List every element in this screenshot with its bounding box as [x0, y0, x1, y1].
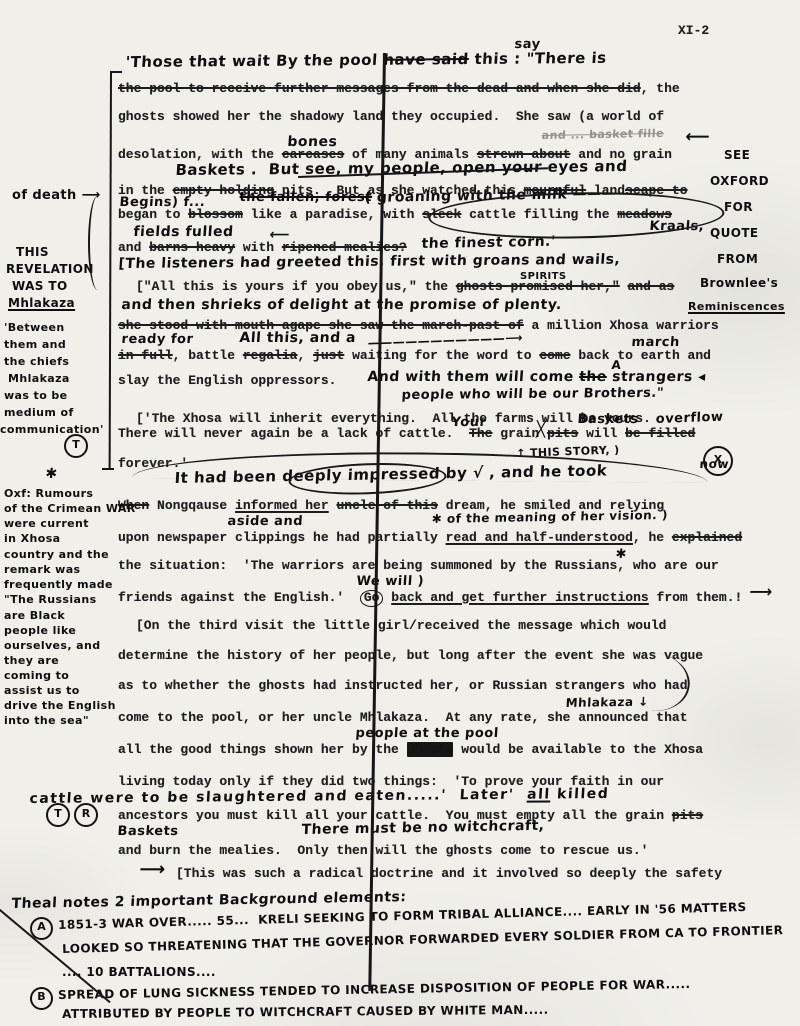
handwritten-annotation: Mhlakaza	[8, 373, 70, 386]
text-segment: Baskets	[577, 412, 639, 427]
typed-line: There will never again be a lack of catt…	[118, 427, 695, 442]
text-segment: and ... basket fille	[541, 127, 664, 142]
text-segment: fields fulled	[133, 224, 234, 240]
handwritten-annotation: were current	[4, 518, 89, 531]
text-segment: blossom	[188, 207, 243, 222]
manuscript-page: XI-2 say'Those that wait By the pool hav…	[0, 0, 800, 1026]
circled-r-mark: R	[74, 803, 98, 827]
typed-line: come to the pool, or her uncle Mhlakaza.…	[118, 711, 688, 726]
handwritten-annotation: communication'	[0, 424, 104, 437]
handwritten-annotation: ⟵	[685, 128, 711, 148]
handwritten-annotation: Brownlee's	[700, 277, 778, 291]
text-segment: ✱	[615, 547, 627, 562]
handwritten-annotation: Mhlakaza ↓	[565, 696, 649, 711]
text-segment: all the good things shown her by the	[118, 742, 407, 757]
text-segment: ghosts showed her the shadowy land they …	[118, 109, 664, 124]
text-segment: , he	[633, 530, 672, 545]
text-segment: they are	[4, 654, 59, 667]
typed-line: [On the third visit the little girl/rece…	[136, 619, 667, 634]
text-segment: frequently made	[4, 578, 113, 591]
text-segment: ghosts	[407, 742, 454, 757]
text-segment: medium of	[4, 406, 74, 419]
text-segment: have said	[383, 50, 470, 69]
text-segment: Baskets . But see, my people, open your …	[175, 157, 628, 179]
note-b-line-1: SPREAD OF LUNG SICKNESS TENDED TO INCREA…	[58, 978, 690, 1003]
text-segment: waiting for the word to	[344, 348, 539, 363]
text-segment: We will )	[356, 574, 425, 589]
text-segment: remark was	[4, 563, 80, 576]
text-segment: people at the pool	[355, 726, 499, 741]
handwritten-annotation: medium of	[4, 407, 74, 420]
text-segment: ourselves, and	[4, 639, 101, 652]
text-segment: Reminiscences	[688, 300, 785, 313]
handwritten-annotation: fields fulled	[133, 224, 234, 240]
text-segment: explained	[672, 530, 742, 545]
text-segment: SEE	[724, 148, 750, 162]
text-segment: back and get further instructions	[391, 590, 648, 605]
handwritten-annotation: drive the English	[4, 700, 116, 713]
text-segment: FROM	[717, 252, 758, 266]
typed-line: determine the history of her people, but…	[118, 649, 703, 664]
circled-letter: B	[37, 990, 45, 1003]
handwritten-annotation: There must be no witchcraft,	[301, 818, 545, 838]
handwritten-annotation: remark was	[4, 564, 80, 577]
text-segment: the chiefs	[4, 355, 69, 368]
handwritten-annotation: them and	[4, 339, 66, 352]
circled-letter: R	[82, 807, 90, 820]
text-segment: killed	[550, 786, 610, 803]
handwritten-annotation: the fallen, forest	[239, 191, 373, 206]
text-segment: began to	[118, 207, 188, 222]
handwritten-annotation: in Xhosa	[4, 533, 60, 546]
note-a-line-3: .... 10 BATTALIONS....	[62, 966, 216, 980]
handwritten-annotation: FOR	[724, 201, 753, 215]
text-segment: OXFORD	[710, 174, 769, 188]
text-segment: them and	[4, 338, 66, 351]
text-segment: ,	[297, 348, 313, 363]
handwritten-annotation: people at the pool	[355, 727, 499, 742]
margin-see: SEE	[724, 149, 750, 163]
handwritten-annotation: country and the	[4, 549, 109, 562]
handwritten-annotation: We will )	[356, 575, 425, 590]
text-segment: SPREAD OF LUNG SICKNESS TENDED TO INCREA…	[58, 977, 690, 1002]
text-segment: There must be no witchcraft,	[301, 818, 545, 838]
typed-line: she stood with mouth agape she saw the m…	[118, 319, 719, 334]
text-segment: pits	[672, 808, 703, 823]
text-segment: ✱	[45, 466, 58, 482]
handwritten-annotation: into the sea"	[4, 715, 89, 728]
handwritten-annotation: the chiefs	[4, 356, 69, 369]
handwritten-annotation: Baskets	[117, 825, 179, 840]
text-segment: REVELATION	[6, 262, 94, 276]
typed-line: ["All this is yours if you obey us," the…	[136, 280, 674, 295]
text-segment: uncle of this	[336, 498, 437, 513]
text-segment: ⟶	[139, 859, 167, 880]
text-segment: coming to	[4, 669, 69, 682]
text-segment: pits	[547, 426, 578, 441]
text-segment: in full	[118, 348, 173, 363]
text-segment: strangers ◂	[606, 369, 706, 385]
text-segment: will	[578, 426, 625, 441]
handwritten-annotation: FROM	[717, 253, 758, 267]
text-segment: slay the English oppressors.	[118, 373, 336, 388]
typed-line: friends against the English.' Go back an…	[118, 590, 742, 607]
handwritten-annotation: ✱ of the meaning of her vision. )	[431, 509, 668, 527]
typed-line: upon newspaper clippings he had partiall…	[118, 531, 742, 546]
text-segment: come to the pool, or her uncle Mhlakaza.…	[118, 710, 688, 725]
text-segment: 'Between	[4, 321, 65, 334]
text-segment: ✱ of the meaning of her vision. )	[431, 508, 668, 526]
circled-x-mark: X	[703, 446, 733, 476]
circled-letter: T	[72, 438, 80, 451]
text-segment: are Black	[4, 609, 65, 622]
text-segment: 'Those that wait By the pool	[125, 51, 384, 71]
text-segment: and	[118, 240, 149, 255]
text-segment: Mhlakaza	[8, 296, 75, 310]
handwritten-annotation: QUOTE	[710, 227, 759, 241]
text-segment: aside and	[227, 514, 304, 529]
text-segment: cattle were to be slaughtered and eaten.…	[29, 787, 528, 807]
text-segment: all	[527, 786, 552, 802]
text-segment: and burn the mealies. Only then will the…	[118, 843, 649, 858]
circled-letter: X	[714, 453, 722, 466]
text-segment: And with them will come	[367, 369, 580, 385]
text-segment: informed her	[235, 498, 329, 513]
hand-opening-line: 'Those that wait By the pool have said t…	[125, 50, 607, 71]
text-segment: Mhlakaza	[8, 372, 70, 385]
margin-oxford: OXFORD	[710, 175, 769, 189]
handwritten-annotation: "The Russians	[4, 594, 97, 607]
typed-line: in full, battle regalia, just waiting fo…	[118, 349, 711, 364]
forever-arc-mark	[132, 450, 708, 483]
typed-line: ghosts showed her the shadowy land they …	[118, 110, 664, 125]
text-segment: Baskets	[117, 824, 179, 839]
text-segment: Oxf: Rumours	[4, 487, 93, 500]
text-segment: read and half-understood	[446, 530, 633, 545]
text-segment: like a paradise, with	[243, 207, 422, 222]
handwritten-annotation: REVELATION	[6, 263, 94, 277]
text-segment: were current	[4, 517, 89, 530]
text-segment: QUOTE	[710, 226, 759, 240]
handwritten-annotation: [The listeners had greeted this, first w…	[118, 252, 621, 272]
text-segment: and then shrieks of delight at the promi…	[121, 297, 563, 313]
text-segment: upon newspaper clippings he had partiall…	[118, 530, 446, 545]
circled-b-mark: B	[30, 987, 53, 1010]
text-segment: .... 10 BATTALIONS....	[62, 965, 216, 979]
handwritten-annotation: ✱	[45, 466, 58, 482]
text-segment: [This was such a radical doctrine and it…	[176, 866, 722, 881]
text-segment: There will never again be a lack of catt…	[118, 426, 469, 441]
text-segment: ╳	[536, 420, 547, 438]
handwritten-annotation: ╳	[536, 421, 547, 438]
text-segment: The	[469, 426, 492, 441]
handwritten-annotation: aside and	[227, 515, 303, 530]
text-segment: ['The Xhosa will inherit everything. All…	[136, 411, 651, 426]
text-segment: [The listeners had greeted this, first w…	[118, 252, 621, 272]
handwritten-annotation: people who will be our Brothers."	[401, 387, 664, 404]
handwritten-annotation: WAS TO	[12, 280, 68, 294]
handwritten-annotation: ✱	[615, 548, 627, 563]
handwritten-annotation: frequently made	[4, 579, 113, 592]
circled-t-margin-mark: T	[64, 434, 88, 458]
handwritten-annotation: cattle were to be slaughtered and eaten.…	[29, 786, 610, 807]
text-segment: people who will be our Brothers."	[401, 386, 664, 403]
text-segment: people like	[4, 624, 76, 637]
typed-line: the pool to receive further messages fro…	[118, 82, 680, 97]
text-segment: Go	[360, 590, 384, 607]
text-segment: overflow	[656, 410, 724, 427]
typed-line: slay the English oppressors.	[118, 374, 336, 389]
typed-line: all the good things shown her by the gho…	[118, 743, 703, 758]
text-segment: THIS	[16, 245, 49, 259]
text-segment: barns heavy	[149, 240, 235, 255]
typed-line: the situation: 'The warriors are being s…	[118, 559, 719, 574]
text-segment: ⟵	[685, 127, 711, 147]
text-segment: ["All this is yours if you obey us," the	[136, 279, 456, 294]
text-segment: as to whether the ghosts had instructed …	[118, 678, 688, 693]
handwritten-annotation: and ... basket fille	[541, 128, 664, 143]
handwritten-annotation: was to be	[4, 390, 68, 403]
text-segment: FOR	[724, 200, 753, 214]
text-segment: ready for	[121, 332, 194, 347]
page-number: XI-2	[678, 24, 709, 39]
text-segment: into the sea"	[4, 714, 89, 727]
bracket-tick-bottom	[102, 468, 114, 470]
text-segment: assist us to	[4, 684, 80, 697]
text-segment: in Xhosa	[4, 532, 60, 545]
handwritten-annotation: And with them will come the strangers ◂	[367, 369, 706, 385]
text-segment: the	[579, 369, 608, 385]
handwritten-annotation: ⟶	[749, 583, 774, 601]
text-segment: friends against the English.'	[118, 590, 360, 605]
text-segment: and as	[628, 279, 675, 294]
text-segment: Nongqause	[149, 498, 235, 513]
text-segment: with	[235, 240, 282, 255]
handwritten-annotation: Mhlakaza	[8, 297, 75, 311]
circled-t-mark: T	[46, 803, 70, 827]
handwritten-annotation: Reminiscences	[688, 301, 785, 314]
text-segment: be filled	[625, 426, 695, 441]
handwritten-annotation: coming to	[4, 670, 69, 683]
paragraph-bracket-line	[109, 72, 112, 470]
margin-oxf-note: Oxf: Rumours	[4, 488, 93, 501]
text-segment: [On the third visit the little girl/rece…	[136, 618, 667, 633]
text-segment: was to be	[4, 389, 68, 402]
text-segment: drive the English	[4, 699, 116, 712]
text-segment: ⟶	[749, 582, 774, 601]
handwritten-annotation: of the Crimean WAR	[4, 503, 136, 516]
text-segment: just	[313, 348, 344, 363]
typed-line: ['The Xhosa will inherit everything. All…	[136, 412, 651, 427]
text-segment: All this, and a	[239, 330, 357, 346]
text-segment: of death ⟶	[12, 188, 101, 203]
text-segment: come	[539, 348, 570, 363]
circled-letter: A	[37, 920, 46, 933]
text-segment: "The Russians	[4, 593, 97, 606]
handwritten-annotation: Baskets . But see, my people, open your …	[175, 158, 628, 179]
note-b-line-2: ATTRIBUTED BY PEOPLE TO WITCHCRAFT CAUSE…	[62, 1004, 549, 1022]
handwritten-annotation: ready for	[121, 333, 194, 348]
text-segment: this : "There is	[468, 49, 607, 68]
text-segment: would be available to the Xhosa	[453, 742, 703, 757]
bracket-tick-top	[110, 71, 122, 73]
typed-line: [This was such a radical doctrine and it…	[176, 867, 722, 882]
handwritten-annotation: All this, and a	[239, 330, 357, 346]
text-segment: from them.!	[649, 590, 743, 605]
text-segment: the situation: 'The warriors are being s…	[118, 558, 719, 573]
text-segment: , the	[641, 81, 680, 96]
theal-note-header: Theal notes 2 important Background eleme…	[11, 889, 407, 912]
text-segment	[620, 279, 628, 294]
handwritten-annotation: and then shrieks of delight at the promi…	[121, 297, 563, 313]
text-segment: Theal notes 2 important Background eleme…	[11, 889, 407, 912]
text-segment: a million Xhosa warriors	[524, 318, 719, 333]
handwritten-annotation: assist us to	[4, 685, 80, 698]
text-segment: the fallen, forest	[239, 190, 373, 205]
text-segment: back to earth and	[571, 348, 711, 363]
text-segment: ghosts promised her,"	[456, 279, 620, 294]
circled-letter: T	[54, 807, 62, 820]
text-segment: ATTRIBUTED BY PEOPLE TO WITCHCRAFT CAUSE…	[62, 1003, 549, 1021]
handwritten-annotation: people like	[4, 625, 76, 638]
handwritten-annotation: they are	[4, 655, 59, 668]
text-segment: the pool to receive further messages fro…	[118, 81, 641, 96]
handwritten-annotation: are Black	[4, 610, 65, 623]
text-segment: of the Crimean WAR	[4, 502, 136, 515]
handwritten-annotation: ourselves, and	[4, 640, 101, 653]
margin-revelation-1: THIS	[16, 246, 49, 260]
typed-line: and burn the mealies. Only then will the…	[118, 844, 649, 859]
text-segment: Brownlee's	[700, 276, 778, 290]
text-segment: communication'	[0, 423, 104, 436]
margin-between-quote: 'Between	[4, 322, 65, 335]
margin-brace	[88, 196, 104, 290]
handwritten-annotation: ⟶	[139, 860, 167, 881]
text-segment: regalia	[243, 348, 298, 363]
margin-of-death: of death ⟶	[12, 189, 101, 204]
text-segment: country and the	[4, 548, 109, 561]
text-segment: , battle	[173, 348, 243, 363]
text-segment: WAS TO	[12, 279, 68, 293]
typed-line: as to whether the ghosts had instructed …	[118, 679, 688, 694]
text-segment: determine the history of her people, but…	[118, 648, 703, 663]
text-segment: Mhlakaza ↓	[565, 695, 649, 710]
